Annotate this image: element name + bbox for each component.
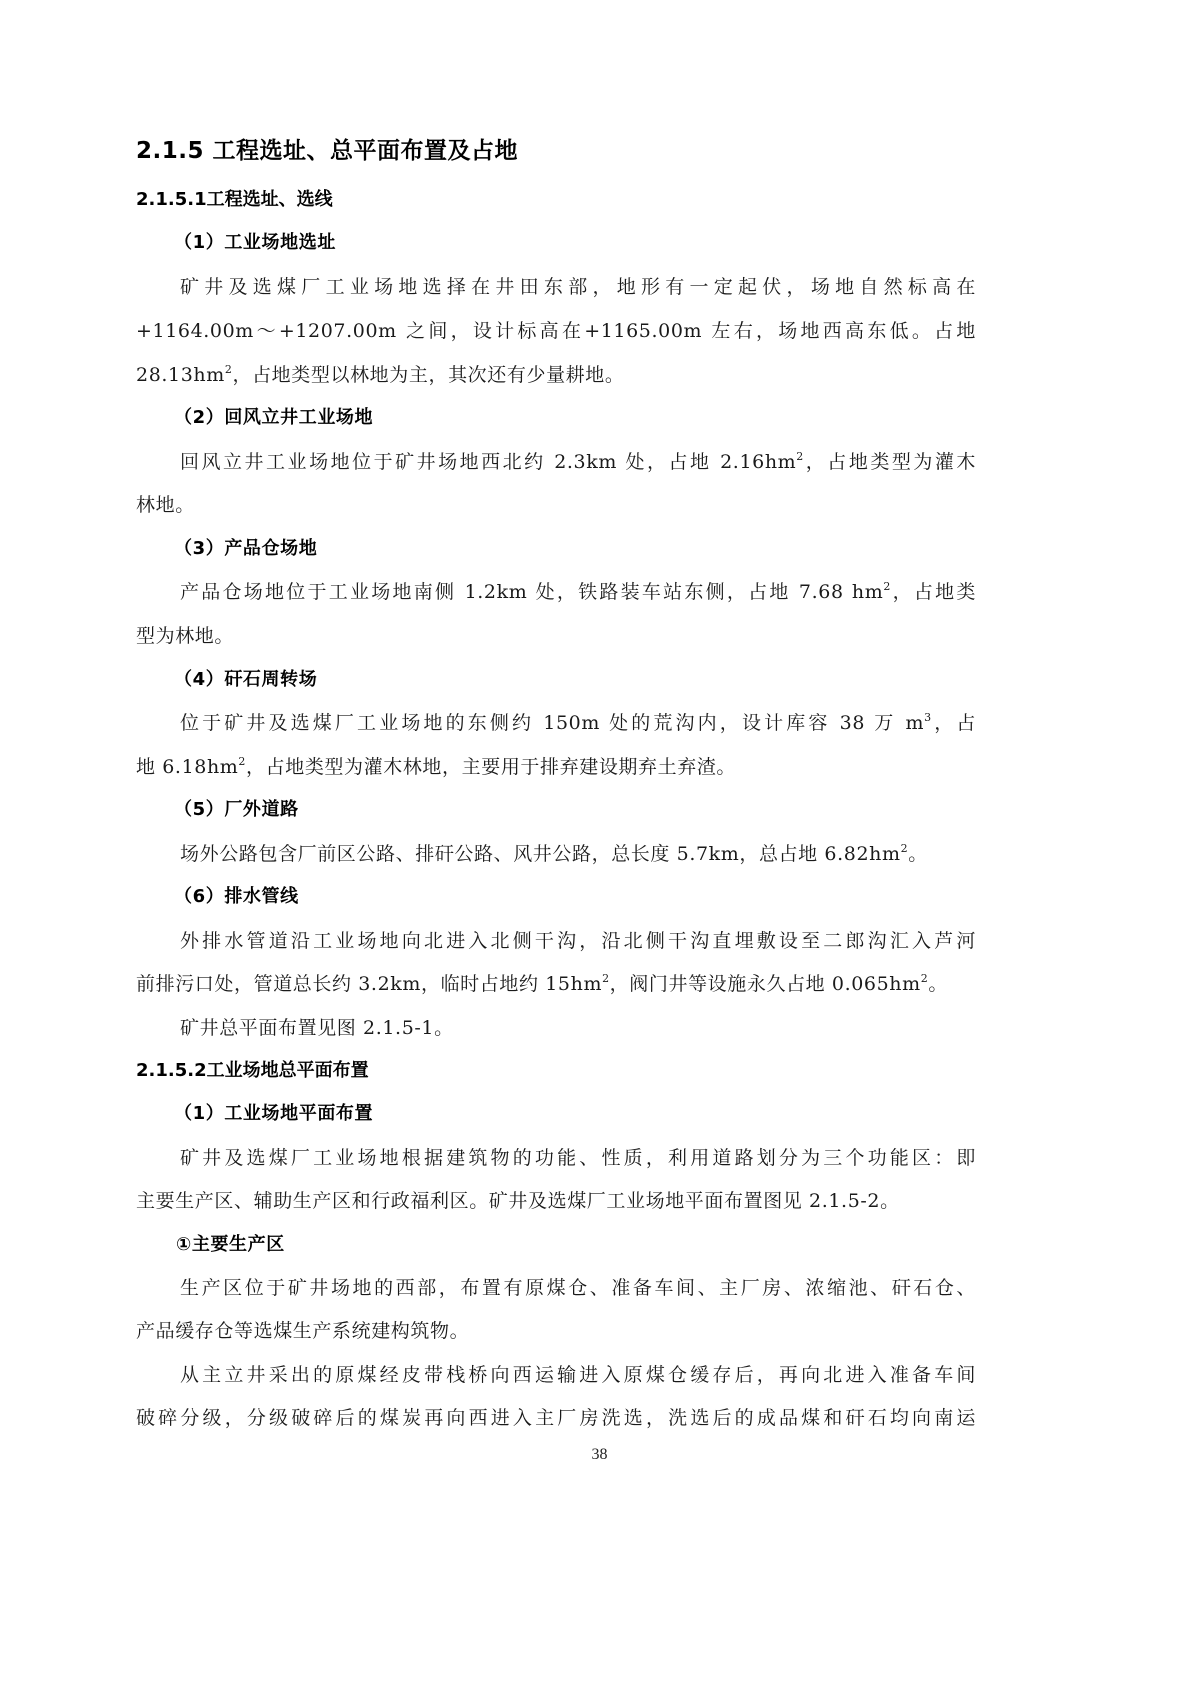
subsection-title-2-1-5-2: 2.1.5.2工业场地总平面布置 bbox=[136, 1058, 976, 1084]
paragraph-line: 回风立井工业场地位于矿井场地西北约 2.3km 处，占地 2.16hm2，占地类… bbox=[136, 449, 976, 475]
paragraph-line: 生产区位于矿井场地的西部，布置有原煤仓、准备车间、主厂房、浓缩池、矸石仓、 bbox=[136, 1275, 976, 1301]
superscript: 2 bbox=[921, 972, 929, 985]
paragraph-line: 矿井总平面布置见图 2.1.5-1。 bbox=[136, 1015, 976, 1041]
item-heading-3: （3）产品仓场地 bbox=[136, 536, 1014, 562]
paragraph-line: 矿井及选煤厂工业场地根据建筑物的功能、性质，利用道路划分为三个功能区：即 bbox=[136, 1145, 976, 1171]
text: 产品仓场地位于工业场地南侧 1.2km 处，铁路装车站东侧，占地 7.68 hm bbox=[180, 581, 883, 603]
paragraph-line: 外排水管道沿工业场地向北进入北侧干沟，沿北侧干沟直埋敷设至二郎沟汇入芦河 bbox=[136, 928, 976, 954]
paragraph-line: +1164.00m～+1207.00m 之间，设计标高在+1165.00m 左右… bbox=[136, 318, 976, 344]
paragraph-line: 产品缓存仓等选煤生产系统建构筑物。 bbox=[136, 1318, 976, 1344]
paragraph-line: 破碎分级，分级破碎后的煤炭再向西进入主厂房洗选，洗选后的成品煤和矸石均向南运 bbox=[136, 1405, 976, 1431]
paragraph-line: 场外公路包含厂前区公路、排矸公路、风井公路，总长度 5.7km，总占地 6.82… bbox=[136, 841, 976, 867]
text: 位于矿井及选煤厂工业场地的东侧约 150m 处的荒沟内，设计库容 38 万 m bbox=[180, 712, 924, 734]
text: 前排污口处，管道总长约 3.2km，临时占地约 15hm bbox=[136, 973, 602, 995]
paragraph-line: 主要生产区、辅助生产区和行政福利区。矿井及选煤厂工业场地平面布置图见 2.1.5… bbox=[136, 1188, 976, 1214]
superscript: 2 bbox=[901, 842, 909, 855]
text: 28.13hm bbox=[136, 364, 225, 386]
item-heading-1: （1）工业场地选址 bbox=[136, 230, 1014, 256]
paragraph-line: 产品仓场地位于工业场地南侧 1.2km 处，铁路装车站东侧，占地 7.68 hm… bbox=[136, 579, 976, 605]
text: ，占地类型以林地为主，其次还有少量耕地。 bbox=[232, 364, 624, 386]
item-heading-5: （5）厂外道路 bbox=[136, 797, 1014, 823]
item-heading-6: （6）排水管线 bbox=[136, 884, 1014, 910]
item-heading-4: （4）矸石周转场 bbox=[136, 667, 1014, 693]
superscript: 2 bbox=[883, 580, 891, 593]
text: 。 bbox=[928, 973, 948, 995]
paragraph-line: 地 6.18hm2，占地类型为灌木林地，主要用于排弃建设期弃土弃渣。 bbox=[136, 754, 976, 780]
paragraph-line: 林地。 bbox=[136, 492, 976, 518]
page-number: 38 bbox=[0, 1446, 1199, 1464]
superscript: 2 bbox=[796, 450, 804, 463]
zone-heading-main-production: ①主要生产区 bbox=[136, 1232, 1016, 1258]
text: ，占 bbox=[932, 712, 976, 734]
superscript: 2 bbox=[602, 972, 610, 985]
paragraph-line: 从主立井采出的原煤经皮带栈桥向西运输进入原煤仓缓存后，再向北进入准备车间 bbox=[136, 1362, 976, 1388]
text: ，占地类型为灌木 bbox=[804, 451, 976, 473]
subsection-title-2-1-5-1: 2.1.5.1工程选址、选线 bbox=[136, 187, 976, 213]
paragraph-line: 矿井及选煤厂工业场地选择在井田东部，地形有一定起伏，场地自然标高在 bbox=[136, 274, 976, 300]
text: 回风立井工业场地位于矿井场地西北约 2.3km 处，占地 2.16hm bbox=[180, 451, 796, 473]
paragraph-line: 前排污口处，管道总长约 3.2km，临时占地约 15hm2，阀门井等设施永久占地… bbox=[136, 971, 976, 997]
text: ，占地类型为灌木林地，主要用于排弃建设期弃土弃渣。 bbox=[246, 756, 736, 778]
superscript: 2 bbox=[225, 363, 233, 376]
paragraph-line: 28.13hm2，占地类型以林地为主，其次还有少量耕地。 bbox=[136, 362, 976, 388]
text: 地 6.18hm bbox=[136, 756, 238, 778]
item-heading-2: （2）回风立井工业场地 bbox=[136, 405, 1014, 431]
paragraph-line: 位于矿井及选煤厂工业场地的东侧约 150m 处的荒沟内，设计库容 38 万 m3… bbox=[136, 710, 976, 736]
text: 场外公路包含厂前区公路、排矸公路、风井公路，总长度 5.7km，总占地 6.82… bbox=[180, 843, 901, 865]
item-heading-site-layout: （1）工业场地平面布置 bbox=[136, 1101, 1014, 1127]
text: 。 bbox=[908, 843, 928, 865]
text: ，占地类 bbox=[891, 581, 976, 603]
superscript: 3 bbox=[924, 711, 932, 724]
superscript: 2 bbox=[238, 755, 246, 768]
section-title: 2.1.5 工程选址、总平面布置及占地 bbox=[136, 138, 976, 164]
text: ，阀门井等设施永久占地 0.065hm bbox=[610, 973, 921, 995]
paragraph-line: 型为林地。 bbox=[136, 623, 976, 649]
